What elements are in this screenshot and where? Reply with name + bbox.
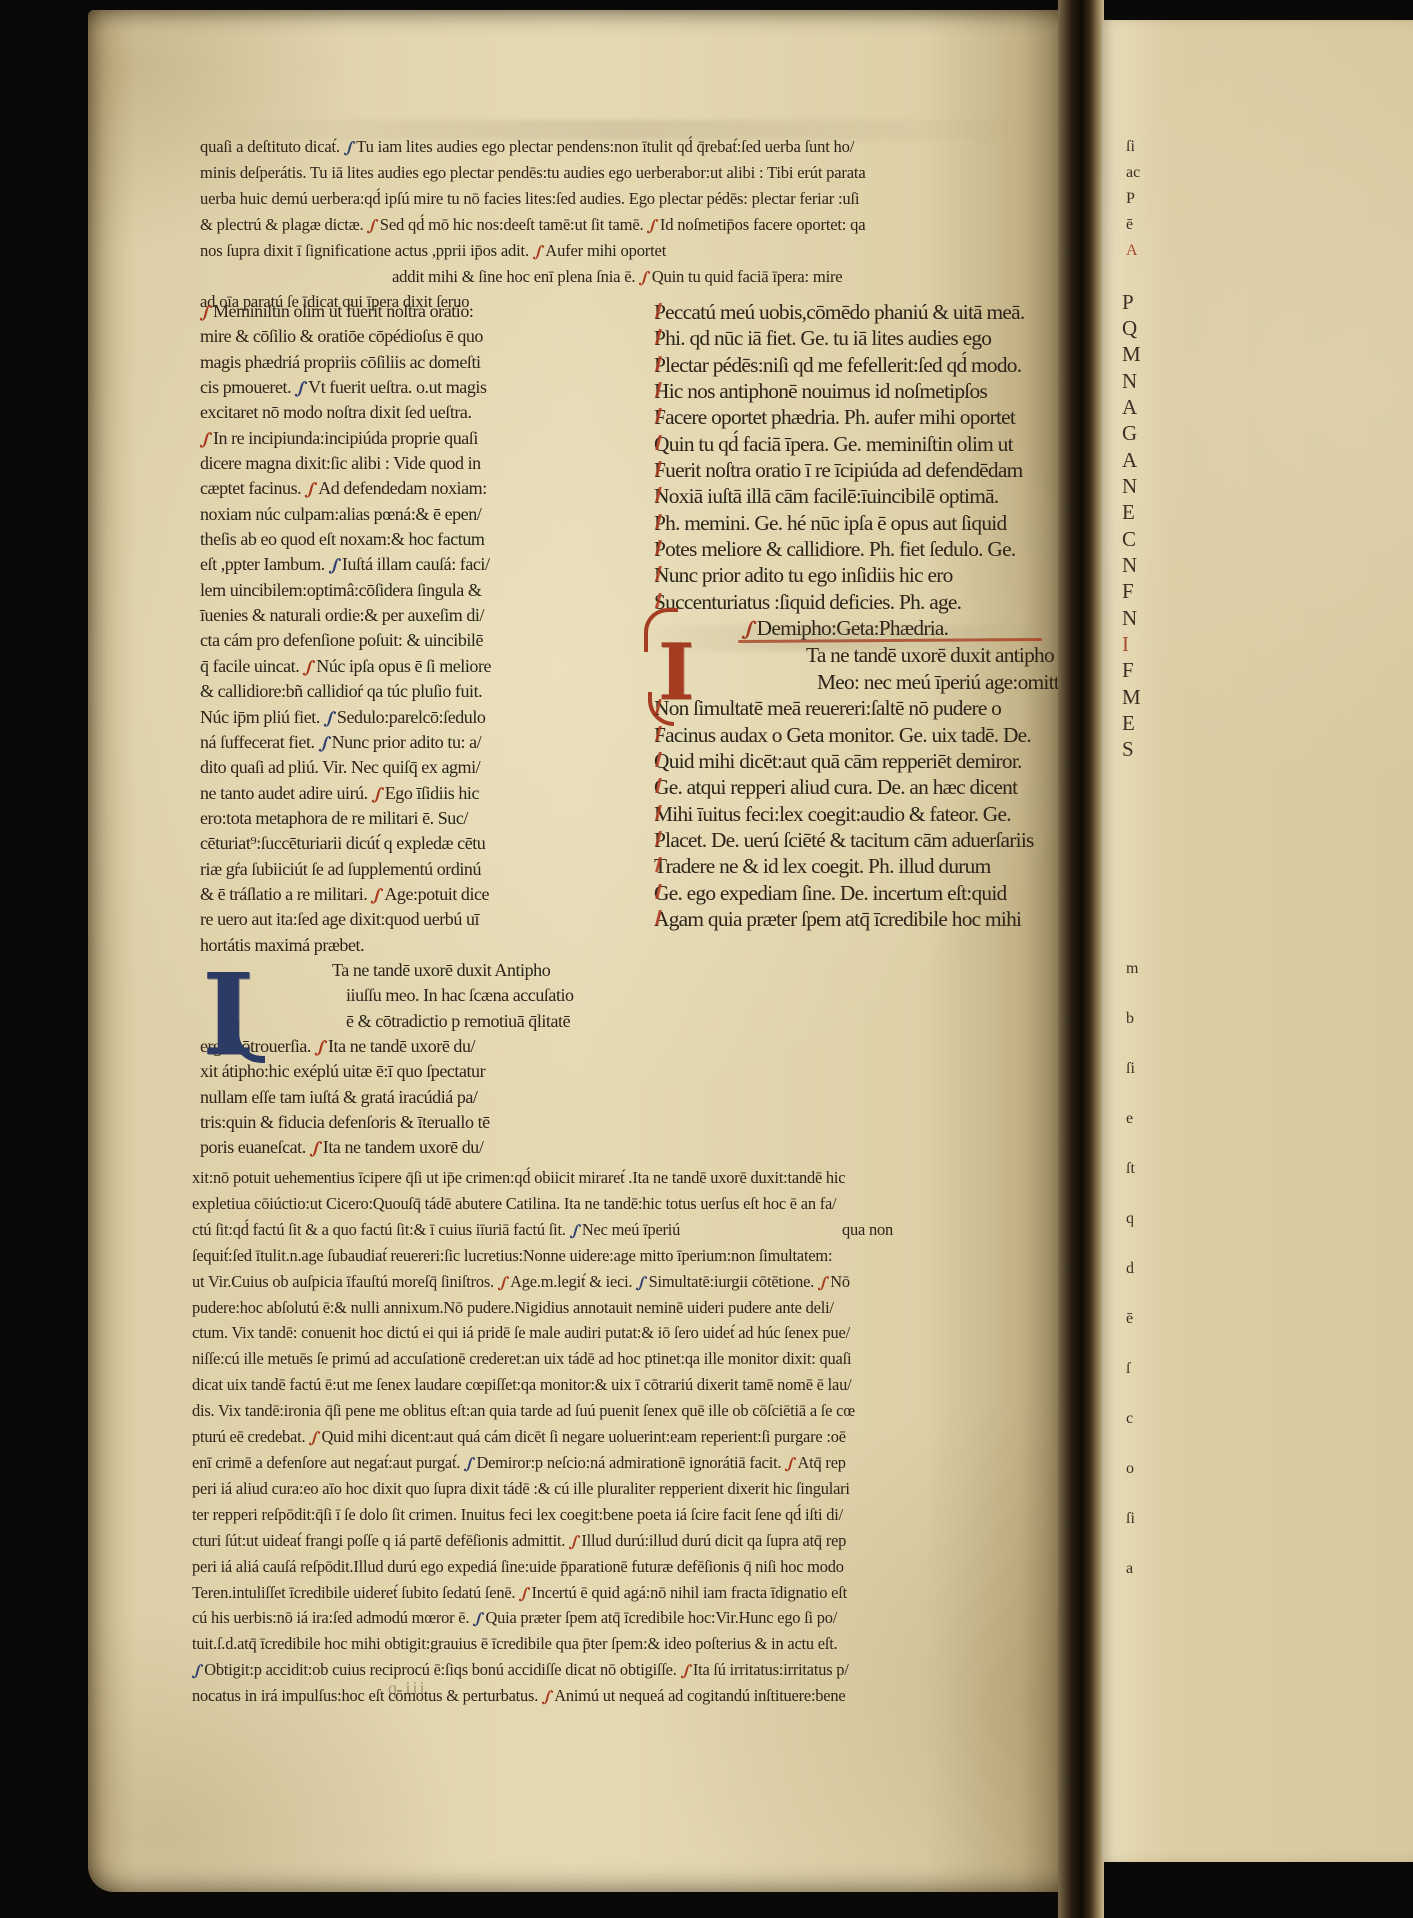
text-line: cú his uerbis:nō iá ira:ſed admodú mœror… [192,1605,1044,1631]
text-line: ne tanto audet adire uirú. ∫Ego īſidiis … [200,781,632,806]
facing-page-text-fragment: E [1122,711,1135,736]
red-paraph-mark-icon: ∫ [304,477,319,504]
blue-paraph-mark-icon: ∫ [293,375,308,402]
text-line: Tradere ne & id lex coegit. Ph. illud du… [654,853,1052,879]
text-line: Succenturiatus :ſiquid deficies. Ph. age… [654,589,1052,615]
red-paraph-mark-icon: ∫ [313,1034,328,1061]
facing-page-text-fragment: F [1122,658,1134,683]
blue-paraph-mark-icon: ∫ [317,730,332,757]
text-line: eſt ,ppter Iambum. ∫Iuſtá illam cauſá: f… [200,552,632,577]
left-commentary-column: ∫Meminiſtin olim ut fuerit noſtra oratio… [200,299,632,1161]
binding-gutter-shadow [1058,0,1104,1918]
text-line: peri iá aliud cura:eo aīo hoc dixit quo … [192,1476,1044,1502]
facing-page-text-fragment: ſi [1126,138,1135,156]
blue-paraph-mark-icon: ∫ [190,1658,204,1685]
text-line: ná ſuffecerat fiet. ∫Nunc prior adito tu… [200,730,632,755]
text-line: Fuerit noſtra oratio ī re īcipiúda ad de… [654,457,1052,483]
facing-page-text-fragment: A [1122,395,1137,420]
text-line: nos ſupra dixit ī ſignificatione actus ,… [200,238,1048,264]
text-line: addit mihi & ſine hoc enī plena ſnia ē. … [200,264,1048,290]
red-paraph-mark-icon: ∫ [496,1269,510,1296]
text-line: ſequit́:ſed ītulit.n.age ſubaudiat́ reue… [192,1243,1044,1269]
red-paraph-mark-icon: ∫ [370,781,385,808]
facing-page-text-fragment: ſi [1126,1060,1135,1078]
text-line: Mihi īuitus feci:lex coegit:audio & fate… [654,801,1052,827]
text-line: tris:quin & fiducia defenſoris & īterual… [200,1110,632,1135]
blue-paraph-mark-icon: ∫ [471,1606,485,1633]
text-line: niſſe:cú ille metuēs ſe primú ad accuſat… [192,1346,1044,1372]
red-paraph-mark-icon: ∫ [540,1683,554,1710]
red-paraph-mark-icon: ∫ [198,426,213,453]
facing-page-text-fragment: e [1126,1110,1133,1128]
text-line: cta cám pro defenſione poſuit: & uincibi… [200,628,632,653]
text-line: nullam eſſe tam iuſtá & gratá iracúdiá p… [200,1085,632,1110]
verse-lines-upper: Peccatú meú uobis,cōmēdo phaniú & uitā m… [654,299,1052,615]
text-line: expletiua cōiúctio:ut Cicero:Quouſq̄ tád… [192,1191,1044,1217]
text-line: riæ gŕa ſubiiciút ſe ad ſupplementú ordi… [200,857,632,882]
red-paraph-mark-icon: ∫ [307,1424,321,1451]
text-line: Peccatú meú uobis,cōmēdo phaniú & uitā m… [654,299,1052,325]
red-paraph-mark-icon: ∫ [567,1528,581,1555]
text-line: dicere magna dixit:ſic alibi : Vide quod… [200,451,632,476]
ink-show-through-smudge [628,625,1048,651]
bottom-commentary-block: xit:nō potuit uehementius īcipere q̄ſi u… [192,1165,1044,1709]
text-line: Facere oportet phædria. Ph. aufer mihi o… [654,404,1052,430]
facing-page-text-fragment: G [1122,421,1137,446]
text-line: dis. Vix tandē:ironia q̄ſi pene me oblit… [192,1398,1044,1424]
text-line: Facinus audax o Geta monitor. Ge. uix ta… [654,722,1052,748]
text-line: q̄ facile uincat. ∫Núc ipſa opus ē ſi me… [200,654,632,679]
facing-page-text-fragment: d [1126,1260,1134,1278]
red-paraph-mark-icon: ∫ [517,1580,531,1607]
text-line: Phi. qd nūc iā fiet. Ge. tu iā lites aud… [654,325,1052,351]
text-line: enī crimē a defenſore aut negat́:aut pur… [192,1450,1044,1476]
text-line: poris euaneſcat. ∫Ita ne tandem uxorē du… [200,1135,632,1160]
red-paraph-mark-icon: ∫ [366,212,381,239]
text-line: Meo: nec meú īperiú age:omitto īperiú [654,669,1052,695]
text-line: re uero aut ita:ſed age dixit:quod uerbú… [200,907,632,932]
book-page: quaſi a deſtituto dicat́. ∫Tu iam lites … [88,10,1060,1892]
facing-page-text-fragment: N [1122,553,1137,578]
text-line: ∫Meminiſtin olim ut fuerit noſtra oratio… [200,299,632,324]
text-line: iiuſſu meo. In hac ſcæna accuſatio [200,983,632,1008]
text-line: & plectrú & plagæ dictæ. ∫Sed qd́ mō hic… [200,212,1048,238]
facing-page-text-fragment: a [1126,1560,1133,1578]
facing-page-text-fragment: F [1122,579,1134,604]
text-line: xit átipho:hic exéplú uitæ ē:ī quo ſpect… [200,1059,632,1084]
quire-signature-mark: q iii [388,1678,427,1699]
text-line: noxiam núc culpam:alias pœná:& ē epen/ [200,502,632,527]
left-initial-paragraph: I Ta ne tandē uxorē duxit Antiphoiiuſſu … [200,958,632,1034]
facing-page-text-fragment: I [1122,632,1129,657]
red-paraph-mark-icon: ∫ [637,264,652,291]
text-line: xit:nō potuit uehementius īcipere q̄ſi u… [192,1165,1044,1191]
text-line: ero:tota metaphora de re militari ē. Suc… [200,806,632,831]
facing-page-text-fragment: A [1126,242,1138,260]
red-paraph-mark-icon: ∫ [646,212,661,239]
text-line: pturú eē credebat. ∫Quid mihi dicent:aut… [192,1424,1044,1450]
facing-page-text-fragment: E [1122,500,1135,525]
text-line: Quin tu qd́ faciā īpera. Ge. meminiſtin … [654,431,1052,457]
facing-page-text-fragment: P [1126,190,1135,208]
text-line: dito quaſi ad pliú. Vir. Nec quiſq̄ ex a… [200,755,632,780]
red-paraph-mark-icon: ∫ [783,1450,797,1477]
red-paraph-mark-icon: ∫ [302,654,317,681]
text-line: excitaret nō modo noſtra dixit ſed ueſtr… [200,400,632,425]
red-paraph-mark-icon: ∫ [198,299,213,326]
blue-drop-cap-initial-I: I [202,960,254,1072]
blue-paraph-mark-icon: ∫ [327,553,342,580]
text-line: Ta ne tandē uxorē duxit Antipho [200,958,632,983]
text-line: cēturiat⁹:ſuccēturiarii dicút́ q expledæ… [200,831,632,856]
facing-page-text-fragment: ſi [1126,1510,1135,1528]
facing-page-text-fragment: C [1122,527,1136,552]
text-line: hortátis maximá præbet. [200,933,632,958]
facing-page-text-fragment: m [1126,960,1138,978]
text-line: Placet. De. uerú ſciēté & tacitum cām ad… [654,827,1052,853]
text-line: Ph. memini. Ge. hé nūc ipſa ē opus aut ſ… [654,510,1052,536]
text-line: Potes meliore & callidiore. Ph. fiet ſed… [654,536,1052,562]
red-paraph-mark-icon: ∫ [531,238,546,265]
text-line: ctum. Vix tandē: conuenit hoc dictú ei q… [192,1320,1044,1346]
blue-paraph-mark-icon: ∫ [568,1217,582,1244]
text-line: dicat uix tandē factú ē:ut me ſenex laud… [192,1372,1044,1398]
facing-page-text-fragment: ē [1126,216,1133,234]
blue-paraph-mark-icon: ∫ [322,705,337,732]
text-line: Non ſimultatē meā reuereri:ſaltē nō pude… [654,695,1052,721]
text-line: ∫In re incipiunda:incipiúda proprie quaſ… [200,426,632,451]
text-line: Ge. atqui repperi aliud cura. De. an hæc… [654,774,1052,800]
red-paraph-mark-icon: ∫ [679,1658,693,1685]
facing-page-text-fragment: M [1122,342,1141,367]
facing-page-text-fragment: N [1122,474,1137,499]
facing-page-text-fragment: b [1126,1010,1134,1028]
text-line: cis pmoueret. ∫Vt fuerit ueſtra. o.ut ma… [200,375,632,400]
facing-page-text-fragment: Q [1122,316,1137,341]
text-line: Hic nos antiphonē nouimus id noſmetipſos [654,378,1052,404]
facing-page-text-fragment: q [1126,1210,1134,1228]
facing-page-text-fragment: ē [1126,1310,1133,1328]
verse-lines-lower: Non ſimultatē meā reuereri:ſaltē nō pude… [654,695,1052,932]
text-line: nocatus in irá impulſus:hoc eſt cōmotus … [192,1683,1044,1709]
text-line: ∫Obtigit:p accidit:ob cuius reciprocú ē:… [192,1657,1044,1683]
text-line: Plectar pédēs:niſi qd me fefellerit:ſed … [654,352,1052,378]
facing-page-text-fragment: o [1126,1460,1134,1478]
blue-paraph-mark-icon: ∫ [462,1450,476,1477]
text-line: magis phædriá propriis cōſiliis ac domeſ… [200,350,632,375]
text-line: mire & cōſilio & oratiōe cōpédioſus ē qu… [200,324,632,349]
text-line: īuenies & naturali ordie:& per auxeſim d… [200,603,632,628]
text-line: Noxiā iuſtā illā cām facilē:īuincibilē o… [654,483,1052,509]
facing-page-edge: ſiacPēAPQMNAGANECNFNIFMESmbſieſtqdēſcoſi… [1102,20,1413,1862]
photograph-of-incunable-book-opening: { "colors":{"background":"#0b0908","parc… [0,0,1413,1918]
text-line: minis deſperátis. Tu iā lites audies ego… [200,160,1048,186]
facing-page-text-fragment: N [1122,606,1137,631]
facing-page-text-fragment: c [1126,1410,1133,1428]
main-text-column: Peccatú meú uobis,cōmēdo phaniú & uitā m… [654,299,1052,932]
ink-show-through-smudge [208,120,1028,140]
left-column-upper-lines: ∫Meminiſtin olim ut fuerit noſtra oratio… [200,299,632,958]
facing-page-text-fragment: M [1122,685,1141,710]
text-line: uerba huic demú uerbera:qd́ ipſú mire tu… [200,186,1048,212]
text-line: Quid mihi dicēt:aut quā cām repperiēt de… [654,748,1052,774]
facing-page-text-fragment: N [1122,369,1137,394]
text-line: Núc ip̄m pliú fiet. ∫Sedulo:parelcō:ſedu… [200,705,632,730]
text-line: tuit.ſ.d.atq̄ īcredibile hoc mihi obtigi… [192,1631,1044,1657]
text-line: peri iá aliá cauſá reſpōdit.Illud durú e… [192,1554,1044,1580]
facing-page-text-fragment: P [1122,290,1134,315]
blue-paraph-mark-icon: ∫ [635,1269,649,1296]
text-line: & ē tráſlatio a re militari. ∫Age:potuit… [200,882,632,907]
text-line: Teren.intuliſſet īcredibile uideret́ ſub… [192,1580,1044,1606]
red-paraph-mark-icon: ∫ [370,882,385,909]
text-line: Agam quia præter ſpem atq̄ īcredibile ho… [654,906,1052,932]
text-line: ut Vir.Cuius ob auſpicia īfauſtú moreſq̄… [192,1269,1044,1295]
facing-page-text-fragment: ſt [1126,1160,1135,1178]
text-line: Nunc prior adito tu ego inſidiis hic ero [654,562,1052,588]
text-line: ter repperi reſpōdit:q̄ſi ī ſe dolo ſit … [192,1502,1044,1528]
top-commentary-block: quaſi a deſtituto dicat́. ∫Tu iam lites … [200,134,1048,315]
facing-page-text-fragment: ac [1126,164,1140,182]
text-line: cæptet facinus. ∫Ad defendedam noxiam: [200,476,632,501]
red-paraph-mark-icon: ∫ [816,1269,830,1296]
text-line: ctú ſit:qd́ factú ſit & a quo factú ſit:… [192,1217,1044,1243]
text-line: Ge. ego expediam ſine. De. incertum eſt:… [654,880,1052,906]
facing-page-text-fragment: ſ [1126,1360,1130,1378]
facing-page-text-fragment: A [1122,448,1137,473]
text-line: cturi ſút:ut uideat́ frangi poſſe q iá p… [192,1528,1044,1554]
red-paraph-mark-icon: ∫ [308,1136,323,1163]
text-line: lem uincibilem:optimâ:cōſidera ſingula & [200,578,632,603]
text-line: theſis ab eo quod eſt noxam:& hoc factum [200,527,632,552]
text-line: pudere:hoc abſolutú ē:& nulli annixum.Nō… [192,1295,1044,1321]
text-line: & callidiore:bñ callidioŕ qa túc pluſio … [200,679,632,704]
facing-page-text-fragment: S [1122,737,1134,762]
